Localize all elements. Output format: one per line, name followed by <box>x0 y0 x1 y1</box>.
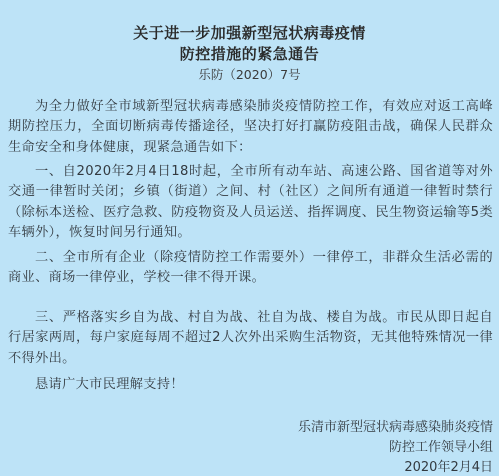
title-line-2: 防控措施的紧急通告 <box>0 43 499 64</box>
signature-org-line-2: 防控工作领导小组 <box>298 438 493 458</box>
title-line-1: 关于进一步加强新型冠状病毒疫情 <box>0 22 499 43</box>
document-number: 乐防（2020）7号 <box>0 65 499 83</box>
item-2-paragraph: 二、全市所有企业（除疫情防控工作需要外）一律停工，非群众生活必需的商业、商场一律… <box>8 248 493 289</box>
item-1-paragraph: 一、自2020年2月4日18时起，全市所有动车站、高速公路、国省道等对外交通一律… <box>8 162 493 243</box>
item-3-paragraph: 三、严格落实乡自为战、村自为战、社自为战、楼自为战。市民从即日起自行居家两周，每… <box>8 308 493 369</box>
signature-block: 乐清市新型冠状病毒感染肺炎疫情 防控工作领导小组 2020年2月4日 <box>298 418 493 476</box>
signature-org-line-1: 乐清市新型冠状病毒感染肺炎疫情 <box>298 418 493 438</box>
signature-date: 2020年2月4日 <box>298 458 493 476</box>
closing-paragraph: 恳请广大市民理解支持！ <box>8 375 493 395</box>
intro-paragraph: 为全力做好全市域新型冠状病毒感染肺炎疫情防控工作，有效应对返工高峰期防控压力，全… <box>8 97 493 158</box>
